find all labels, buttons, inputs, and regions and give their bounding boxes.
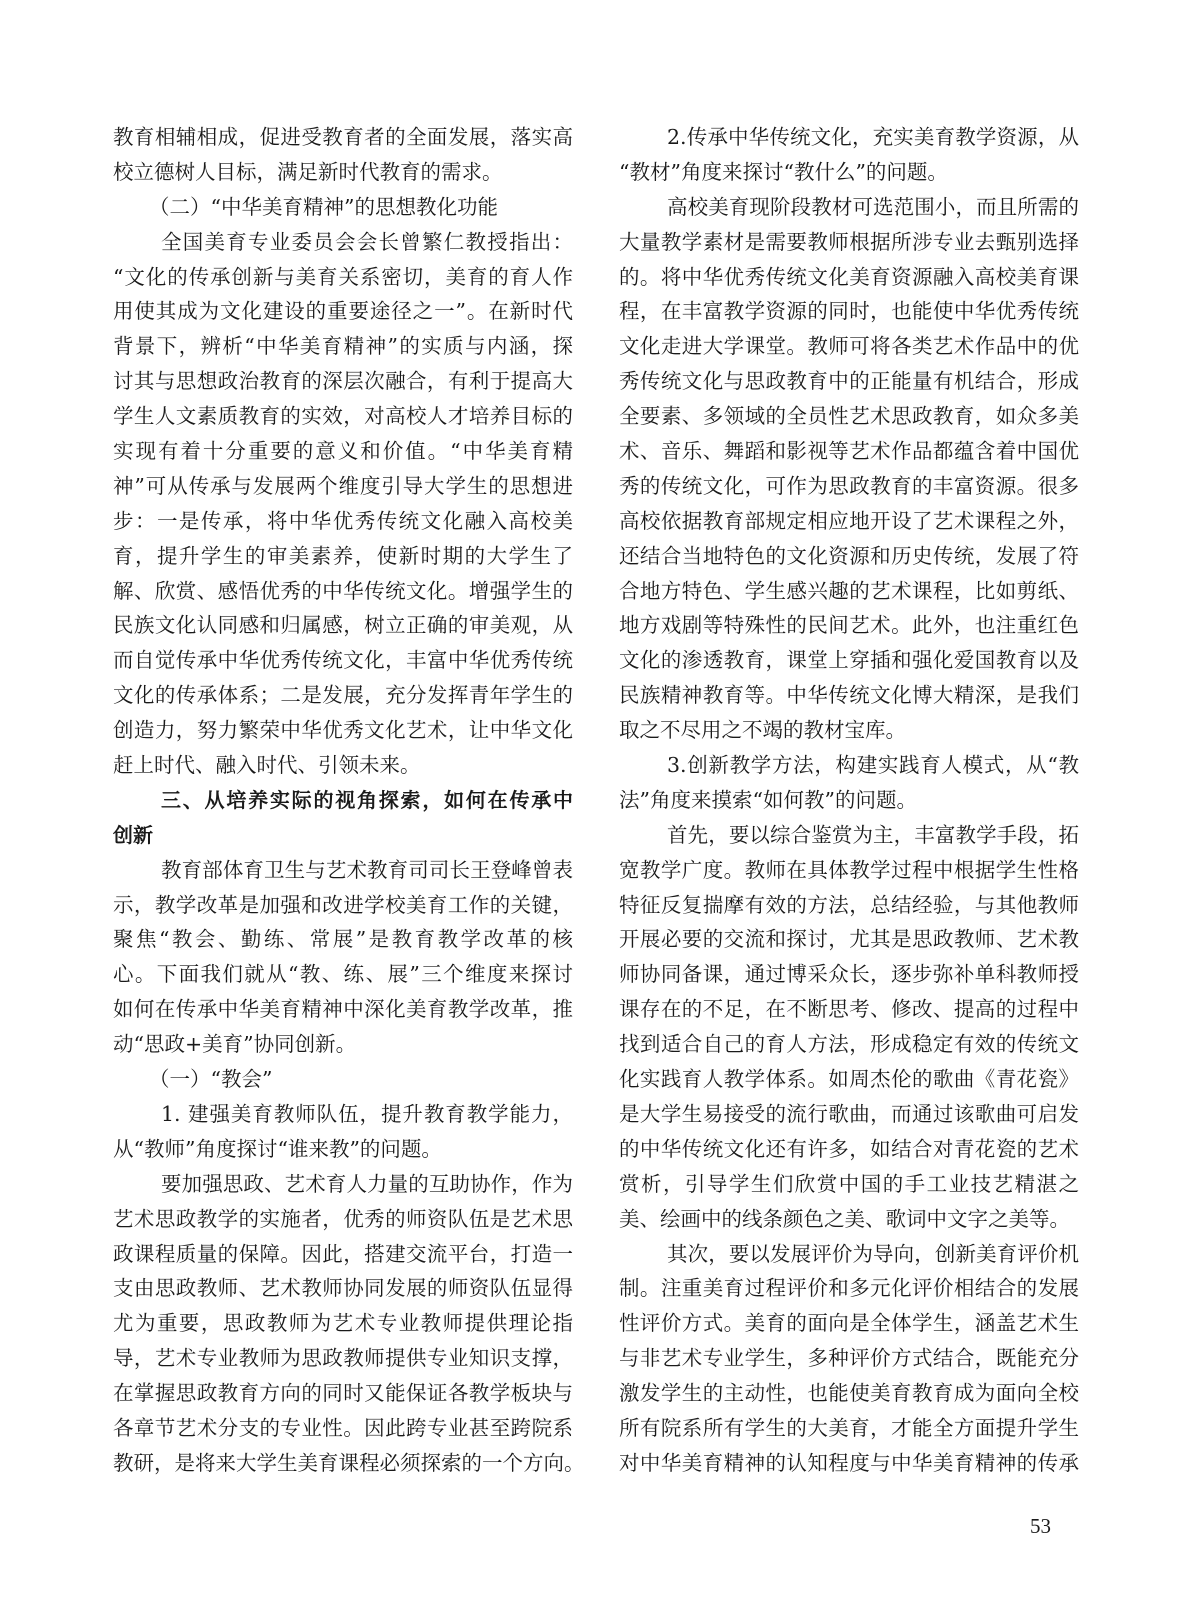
- paragraph-line: 秀的传统文化，可作为思政教育的丰富资源。很多: [619, 469, 1079, 504]
- paragraph-line: 在掌握思政教育方向的同时又能保证各教学板块与: [113, 1376, 573, 1411]
- paragraph-line: 尤为重要，思政教师为艺术专业教师提供理论指: [113, 1306, 573, 1341]
- paragraph-line: 性评价方式。美育的面向是全体学生，涵盖艺术生: [619, 1306, 1079, 1341]
- paragraph-line: 聚焦“教会、勤练、常展”是教育教学改革的核: [113, 922, 573, 957]
- numbered-item-heading: 从“教师”角度探讨“谁来教”的问题。: [113, 1132, 573, 1167]
- paragraph-line: 找到适合自己的育人方法，形成稳定有效的传统文: [619, 1027, 1079, 1062]
- paragraph-line: 步：一是传承，将中华优秀传统文化融入高校美: [113, 504, 573, 539]
- paragraph-line: 示，教学改革是加强和改进学校美育工作的关键，: [113, 888, 573, 923]
- paragraph-line: 激发学生的主动性，也能使美育教育成为面向全校: [619, 1376, 1079, 1411]
- paragraph-line: 师协同备课，通过博采众长，逐步弥补单科教师授: [619, 957, 1079, 992]
- section-subheading: （一）“教会”: [113, 1062, 573, 1097]
- paragraph-line: 还结合当地特色的文化资源和历史传统，发展了符: [619, 539, 1079, 574]
- section-subheading: （二）“中华美育精神”的思想教化功能: [113, 190, 573, 225]
- paragraph-line: 与非艺术专业学生，多种评价方式结合，既能充分: [619, 1341, 1079, 1376]
- paragraph-line: 全要素、多领域的全员性艺术思政教育，如众多美: [619, 399, 1079, 434]
- paragraph-line: “文化的传承创新与美育关系密切，美育的育人作: [113, 260, 573, 295]
- section-heading: 三、从培养实际的视角探索，如何在传承中: [113, 783, 573, 818]
- paragraph-line: 艺术思政教学的实施者，优秀的师资队伍是艺术思: [113, 1202, 573, 1237]
- paragraph-line: 如何在传承中华美育精神中深化美育教学改革，推: [113, 992, 573, 1027]
- paragraph-line: 宽教学广度。教师在具体教学过程中根据学生性格: [619, 853, 1079, 888]
- paragraph-line: 支由思政教师、艺术教师协同发展的师资队伍显得: [113, 1271, 573, 1306]
- right-column: 2.传承中华传统文化，充实美育教学资源，从 “教材”角度来探讨“教什么”的问题。…: [619, 120, 1079, 1481]
- paragraph-line: 首先，要以综合鉴赏为主，丰富教学手段，拓: [619, 818, 1079, 853]
- paragraph-line: 合地方特色、学生感兴趣的艺术课程，比如剪纸、: [619, 574, 1079, 609]
- paragraph-line: 取之不尽用之不竭的教材宝库。: [619, 713, 1079, 748]
- paragraph-line: 开展必要的交流和探讨，尤其是思政教师、艺术教: [619, 922, 1079, 957]
- paragraph-line: 学生人文素质教育的实效，对高校人才培养目标的: [113, 399, 573, 434]
- paragraph-line: 教育部体育卫生与艺术教育司司长王登峰曾表: [113, 853, 573, 888]
- paragraph-line: 对中华美育精神的认知程度与中华美育精神的传承: [619, 1446, 1079, 1481]
- paragraph-line: 秀传统文化与思政教育中的正能量有机结合，形成: [619, 364, 1079, 399]
- paragraph-line: 导，艺术专业教师为思政教师提供专业知识支撑，: [113, 1341, 573, 1376]
- paragraph-line: 政课程质量的保障。因此，搭建交流平台，打造一: [113, 1237, 573, 1272]
- paragraph-line: 是大学生易接受的流行歌曲，而通过该歌曲可启发: [619, 1097, 1079, 1132]
- paragraph-line: 要加强思政、艺术育人力量的互助协作，作为: [113, 1167, 573, 1202]
- paragraph-line: 教育相辅相成，促进受教育者的全面发展，落实高: [113, 120, 573, 155]
- numbered-item-heading: 1. 建强美育教师队伍，提升教育教学能力，: [113, 1097, 573, 1132]
- paragraph-line: 所有院系所有学生的大美育，才能全方面提升学生: [619, 1411, 1079, 1446]
- paragraph-line: 各章节艺术分支的专业性。因此跨专业甚至跨院系: [113, 1411, 573, 1446]
- paragraph-line: 而自觉传承中华优秀传统文化，丰富中华优秀传统: [113, 643, 573, 678]
- paragraph-line: 高校依据教育部规定相应地开设了艺术课程之外，: [619, 504, 1079, 539]
- paragraph-line: 全国美育专业委员会会长曾繁仁教授指出：: [113, 225, 573, 260]
- paragraph-line: 课存在的不足，在不断思考、修改、提高的过程中: [619, 992, 1079, 1027]
- paragraph-line: 育，提升学生的审美素养，使新时期的大学生了: [113, 539, 573, 574]
- paragraph-line: 解、欣赏、感悟优秀的中华传统文化。增强学生的: [113, 574, 573, 609]
- paragraph-line: 大量教学素材是需要教师根据所涉专业去甄别选择: [619, 225, 1079, 260]
- paragraph-line: 术、音乐、舞蹈和影视等艺术作品都蕴含着中国优: [619, 434, 1079, 469]
- page-number: 53: [1030, 1514, 1051, 1539]
- paragraph-line: 民族精神教育等。中华传统文化博大精深，是我们: [619, 678, 1079, 713]
- paragraph-line: 创造力，努力繁荣中华优秀文化艺术，让中华文化: [113, 713, 573, 748]
- paragraph-line: 美、绘画中的线条颜色之美、歌词中文字之美等。: [619, 1202, 1079, 1237]
- paragraph-line: 背景下，辨析“中华美育精神”的实质与内涵，探: [113, 329, 573, 364]
- paragraph-line: 文化的渗透教育，课堂上穿插和强化爱国教育以及: [619, 643, 1079, 678]
- paragraph-line: 化实践育人教学体系。如周杰伦的歌曲《青花瓷》: [619, 1062, 1079, 1097]
- section-heading: 创新: [113, 818, 573, 853]
- paragraph-line: 讨其与思想政治教育的深层次融合，有利于提高大: [113, 364, 573, 399]
- paragraph-line: 特征反复揣摩有效的方法，总结经验，与其他教师: [619, 888, 1079, 923]
- paragraph-line: 程，在丰富教学资源的同时，也能使中华优秀传统: [619, 294, 1079, 329]
- paragraph-line: 其次，要以发展评价为导向，创新美育评价机: [619, 1237, 1079, 1272]
- paragraph-line: 校立德树人目标，满足新时代教育的需求。: [113, 155, 573, 190]
- paragraph-line: 文化的传承体系；二是发展，充分发挥青年学生的: [113, 678, 573, 713]
- paragraph-line: 教研，是将来大学生美育课程必须探索的一个方向。: [113, 1446, 573, 1481]
- numbered-item-heading: 法”角度来摸索“如何教”的问题。: [619, 783, 1079, 818]
- paragraph-line: 民族文化认同感和归属感，树立正确的审美观，从: [113, 608, 573, 643]
- numbered-item-heading: “教材”角度来探讨“教什么”的问题。: [619, 155, 1079, 190]
- paragraph-line: 神”可从传承与发展两个维度引导大学生的思想进: [113, 469, 573, 504]
- paragraph-line: 的。将中华优秀传统文化美育资源融入高校美育课: [619, 260, 1079, 295]
- paragraph-line: 心。下面我们就从“教、练、展”三个维度来探讨: [113, 957, 573, 992]
- paragraph-line: 用使其成为文化建设的重要途径之一”。在新时代: [113, 294, 573, 329]
- document-page: 教育相辅相成，促进受教育者的全面发展，落实高 校立德树人目标，满足新时代教育的需…: [0, 0, 1191, 1616]
- paragraph-line: 赶上时代、融入时代、引领未来。: [113, 748, 573, 783]
- paragraph-line: 地方戏剧等特殊性的民间艺术。此外，也注重红色: [619, 608, 1079, 643]
- paragraph-line: 文化走进大学课堂。教师可将各类艺术作品中的优: [619, 329, 1079, 364]
- paragraph-line: 实现有着十分重要的意义和价值。“中华美育精: [113, 434, 573, 469]
- numbered-item-heading: 2.传承中华传统文化，充实美育教学资源，从: [619, 120, 1079, 155]
- paragraph-line: 的中华传统文化还有许多，如结合对青花瓷的艺术: [619, 1132, 1079, 1167]
- numbered-item-heading: 3.创新教学方法，构建实践育人模式，从“教: [619, 748, 1079, 783]
- paragraph-line: 高校美育现阶段教材可选范围小，而且所需的: [619, 190, 1079, 225]
- paragraph-line: 制。注重美育过程评价和多元化评价相结合的发展: [619, 1271, 1079, 1306]
- left-column: 教育相辅相成，促进受教育者的全面发展，落实高 校立德树人目标，满足新时代教育的需…: [113, 120, 573, 1481]
- paragraph-line: 动“思政+美育”协同创新。: [113, 1027, 573, 1062]
- paragraph-line: 赏析，引导学生们欣赏中国的手工业技艺精湛之: [619, 1167, 1079, 1202]
